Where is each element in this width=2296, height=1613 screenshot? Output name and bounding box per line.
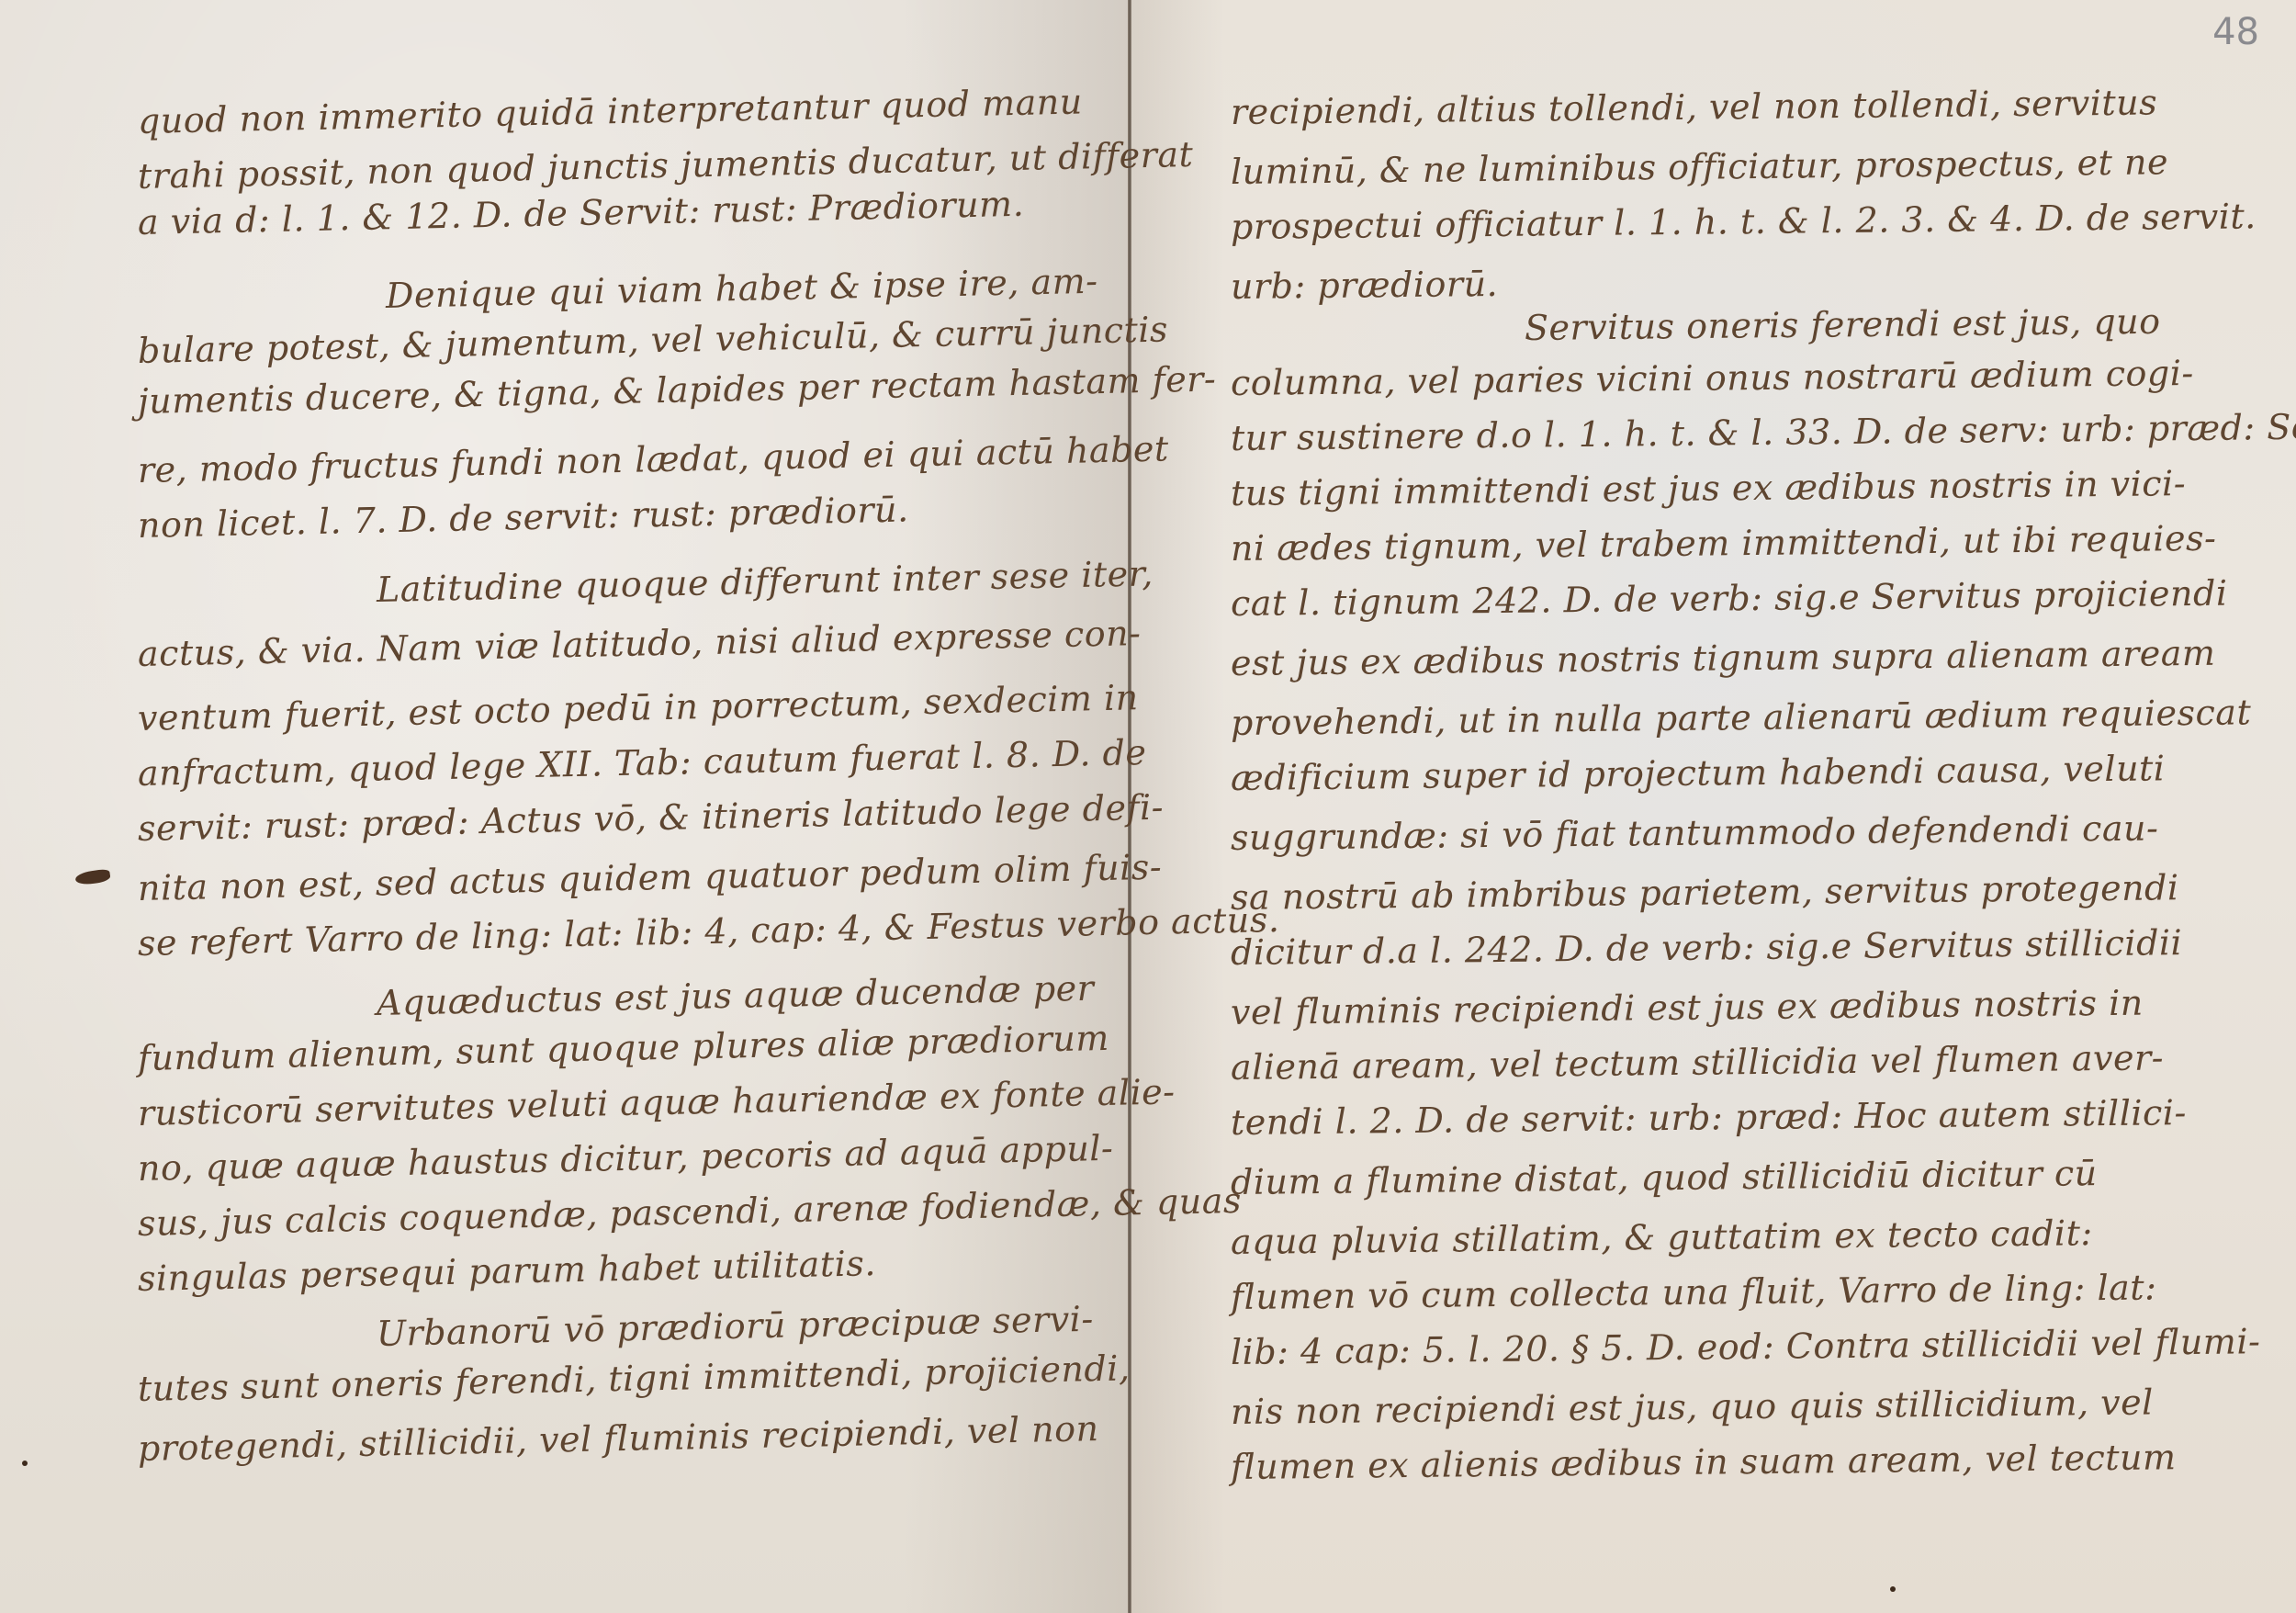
ink-speck-icon [22,1461,28,1466]
manuscript-line: Servitus oneris ferendi est jus, quo [1525,301,2161,348]
folio-number: 48 [2212,11,2259,53]
manuscript-spread: 48 quod non immerito quidā interpretantu… [0,0,2296,1613]
ink-speck-icon [1890,1586,1896,1592]
manuscript-line: urb: prædiorū. [1231,264,1499,307]
